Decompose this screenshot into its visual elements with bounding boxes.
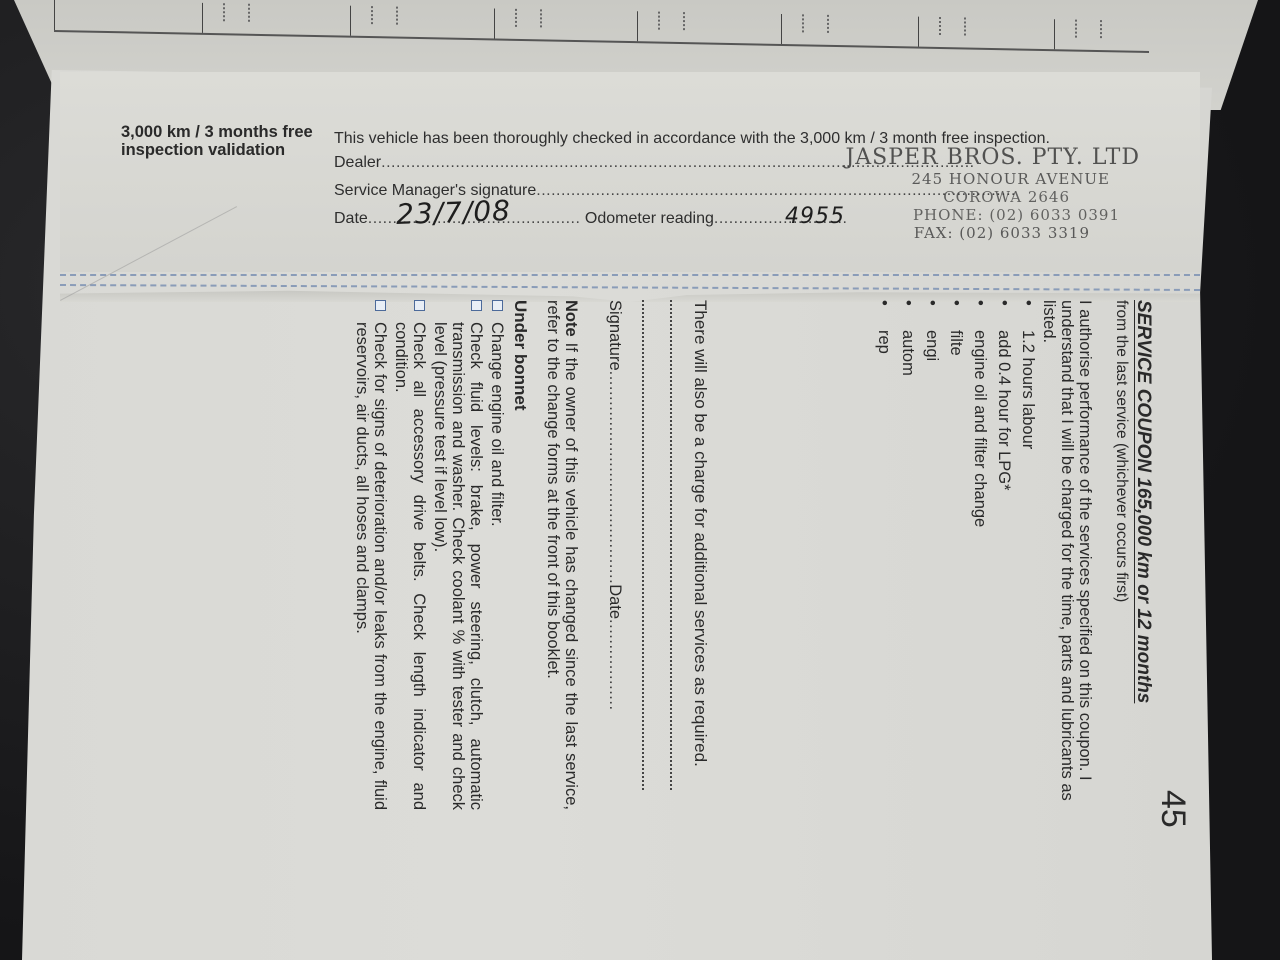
bullet-item: engi [920,300,944,527]
dealer-stamp: JASPER BROS. PTY. LTD 245 HONOUR AVENUE … [840,145,1140,242]
owner-change-note: Note If the owner of this vehicle has ch… [544,300,580,810]
checklist-item: Check for signs of deterioration and/or … [353,300,389,810]
additional-services-line[interactable] [642,300,644,790]
previous-page-table [54,0,1149,53]
bullet-item: filte [944,300,968,527]
handwritten-odometer: 4955 [785,204,845,229]
section-heading-under-bonnet: Under bonnet [510,300,530,411]
additional-services-line[interactable] [670,300,672,790]
page-number: 45 [1153,790,1192,828]
odometer-label: Odometer reading [585,210,714,227]
bullet-item: add 0.4 hour for LPG* [992,300,1016,527]
coupon-subtitle: from the last service (whichever occurs … [1112,300,1130,602]
bullet-item: autom [896,300,920,527]
signature-date-label: Date [606,584,624,619]
stamp-town: COROWA 2646 [840,188,1140,206]
checklist-text: Check fluid levels: brake, power steerin… [431,322,485,810]
signature-date-dots: .................. [606,619,624,711]
authorisation-text: I authorise performance of the services … [1040,300,1094,820]
under-bonnet-checklist: Change engine oil and filter. Check flui… [350,300,506,810]
signature-field[interactable]: Signature...............................… [605,300,624,711]
stamp-fax: FAX: (02) 6033 3319 [840,224,1140,242]
signature-dots: ........................................… [606,371,624,585]
validation-title: 3,000 km / 3 months free inspection vali… [121,123,321,159]
checkbox-icon[interactable] [375,300,386,311]
bullet-item: rep [872,300,896,527]
checklist-item: Check all accessory drive belts. Check l… [392,300,428,810]
stamp-name: JASPER BROS. PTY. LTD [840,145,1140,170]
signature-label: Signature [606,300,624,371]
service-bullets: 1.2 hours labour add 0.4 hour for LPG* e… [872,300,1040,527]
date-label: Date [334,210,368,227]
stamp-address: 245 HONOUR AVENUE [840,170,1140,188]
checklist-item: Check fluid levels: brake, power steerin… [431,300,485,810]
checklist-item: Change engine oil and filter. [488,300,506,810]
note-label: Note [562,300,580,337]
service-coupon: SERVICE COUPON 165,000 km or 12 months f… [300,300,1200,860]
coupon-title: SERVICE COUPON 165,000 km or 12 months [1132,300,1154,703]
handwritten-date: 23/7/08 [395,194,511,231]
checklist-text: Check all accessory drive belts. Check l… [392,322,428,810]
bullet-item: engine oil and filter change [968,300,992,527]
checkbox-icon[interactable] [471,300,482,311]
bullet-item: 1.2 hours labour [1016,300,1040,527]
checklist-text: Change engine oil and filter. [488,322,506,527]
note-text: If the owner of this vehicle has changed… [544,300,580,810]
additional-charges-text: There will also be a charge for addition… [690,300,710,767]
checkbox-icon[interactable] [414,300,425,311]
stamp-phone: PHONE: (02) 6033 0391 [840,206,1140,224]
dealer-label: Dealer [334,154,381,171]
checkbox-icon[interactable] [492,300,503,311]
checklist-text: Check for signs of deterioration and/or … [353,322,389,810]
